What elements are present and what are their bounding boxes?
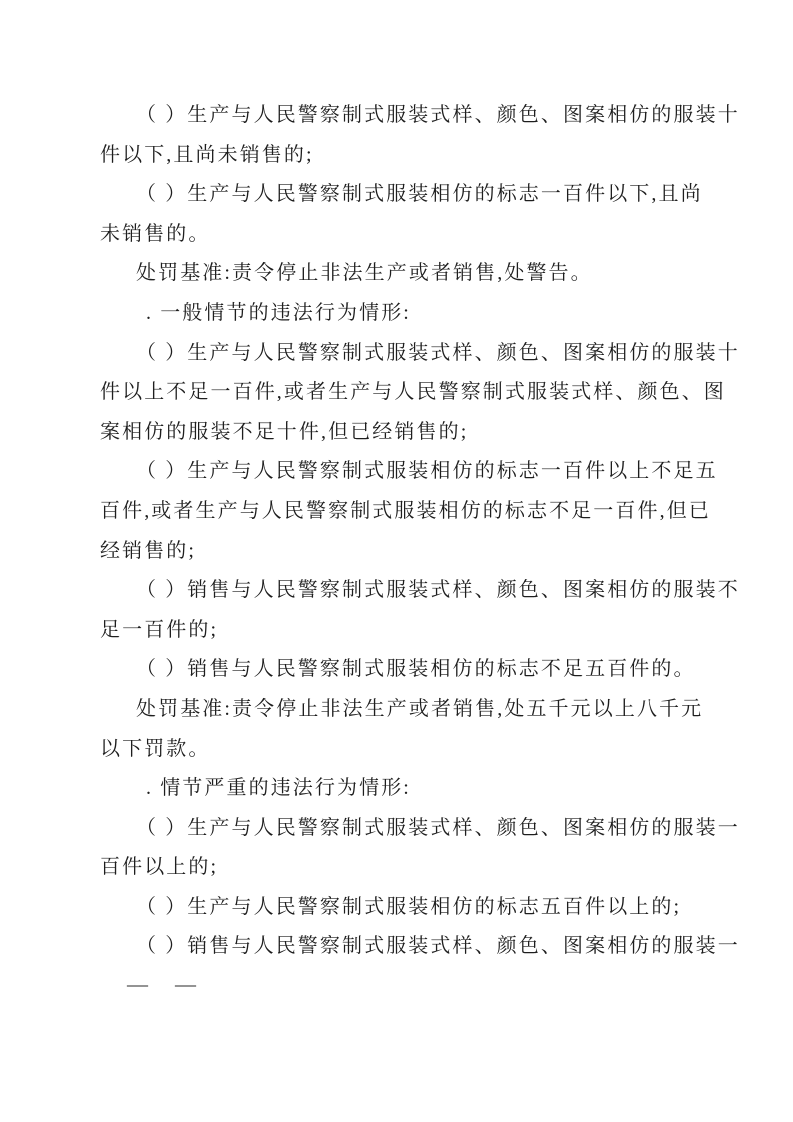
text-line: 以下罚款。 <box>100 730 702 770</box>
text-line: （ ）销售与人民警察制式服装式样、颜色、图案相仿的服装一 <box>100 927 702 967</box>
text-line: （ ）生产与人民警察制式服装式样、颜色、图案相仿的服装一 <box>100 809 702 849</box>
text-line: . 一般情节的违法行为情形: <box>100 294 702 334</box>
footer-dash: — <box>127 971 148 997</box>
text-line: . 情节严重的违法行为情形: <box>100 769 702 809</box>
text-line: （ ）生产与人民警察制式服装式样、颜色、图案相仿的服装十 <box>100 334 702 374</box>
text-line: （ ）销售与人民警察制式服装相仿的标志不足五百件的。 <box>100 650 702 690</box>
text-line: 未销售的。 <box>100 215 702 255</box>
document-page: （ ）生产与人民警察制式服装式样、颜色、图案相仿的服装十件以下,且尚未销售的;（… <box>0 0 793 1122</box>
text-line: 百件以上的; <box>100 848 702 888</box>
text-line: 件以上不足一百件,或者生产与人民警察制式服装式样、颜色、图 <box>100 373 702 413</box>
text-line: （ ）销售与人民警察制式服装式样、颜色、图案相仿的服装不 <box>100 571 702 611</box>
document-body: （ ）生产与人民警察制式服装式样、颜色、图案相仿的服装十件以下,且尚未销售的;（… <box>100 96 702 967</box>
text-line: （ ）生产与人民警察制式服装相仿的标志一百件以下,且尚 <box>100 175 702 215</box>
text-line: （ ）生产与人民警察制式服装相仿的标志一百件以上不足五 <box>100 452 702 492</box>
text-line: 案相仿的服装不足十件,但已经销售的; <box>100 413 702 453</box>
text-line: 件以下,且尚未销售的; <box>100 136 702 176</box>
text-line: （ ）生产与人民警察制式服装相仿的标志五百件以上的; <box>100 888 702 928</box>
text-line: 经销售的; <box>100 532 702 572</box>
page-footer: —— <box>127 971 196 997</box>
text-line: 处罚基准:责令停止非法生产或者销售,处警告。 <box>100 254 702 294</box>
footer-dash: — <box>175 971 196 997</box>
text-line: 足一百件的; <box>100 611 702 651</box>
text-line: （ ）生产与人民警察制式服装式样、颜色、图案相仿的服装十 <box>100 96 702 136</box>
text-line: 百件,或者生产与人民警察制式服装相仿的标志不足一百件,但已 <box>100 492 702 532</box>
text-line: 处罚基准:责令停止非法生产或者销售,处五千元以上八千元 <box>100 690 702 730</box>
